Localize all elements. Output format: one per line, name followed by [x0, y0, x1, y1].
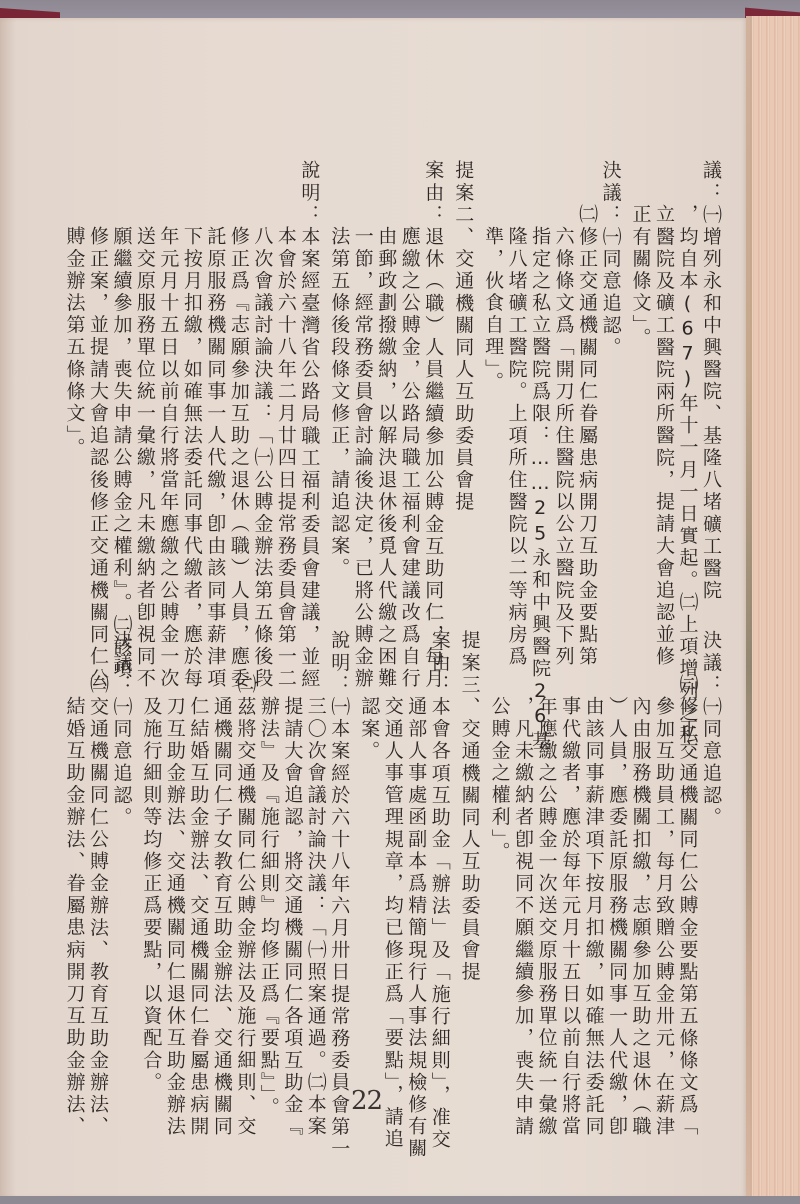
text-column: 隆八堵礦工醫院。上項所住醫院以二等病房爲: [502, 160, 525, 610]
text-column: 提請大會追認，將交通機關同仁各項互助金『: [278, 630, 301, 1050]
text-column: 認案。: [355, 630, 378, 1050]
text-column: 年元月十五日以前自行將當年應繳之公賻金一次: [154, 160, 177, 610]
text-column: 賻金辦法第五條條文」。: [60, 160, 83, 610]
text-column: 刀互助金辦法、交通機關同仁退休互助金辦法: [160, 630, 183, 1050]
text-column: ，均自本(67)年十一月一日實起。㈡上項增列之私: [673, 160, 696, 610]
text-column: 提案三、交通機關同人互助委員會提: [455, 630, 478, 1050]
text-column: 一節，經常務委員會討論後決定，已將公賻金辦: [348, 160, 371, 610]
text-column: 年應繳之公賻金一次送交原服務單位統一彙繳: [532, 630, 555, 1050]
text-column: 修正案，並提請大會追認後修正交通機關同仁公: [83, 160, 106, 610]
text-column: 決議：㈠同意追認。: [697, 630, 720, 1050]
text-column: 託原服務機關同事一人代繳，卽由該同事薪津項: [201, 160, 224, 610]
page-number: 22: [351, 1086, 382, 1116]
text-column: 仁結婚互助金辦法、交通機關同仁眷屬患病開: [184, 630, 207, 1050]
text-column: ㈡茲將交通機關同仁公賻金辦法及施行細則、交: [231, 630, 254, 1050]
text-column: 及施行細則等均修正爲要點，以資配合。: [137, 630, 160, 1050]
text-column: 法第五條後段條文修正，請追認案。: [325, 160, 348, 610]
text-column: 由該同事薪津項下按月扣繳，如確無法委託同: [579, 630, 602, 1050]
text-column: ㈡交通機關同仁公賻金辦法、教育互助金辦法、: [83, 630, 106, 1050]
text-column: 案由：本會各項互助金「辦法」及「施行細則」，准交: [425, 630, 448, 1050]
text-column: 議：㈠增列永和中興醫院、基隆八堵礦工醫院: [697, 160, 720, 610]
text-column: 應繳之公賻金，公路局職工福利會建議改爲自行: [395, 160, 418, 610]
top-text-block: 議：㈠增列永和中興醫院、基隆八堵礦工醫院，均自本(67)年十一月一日實起。㈡上項…: [60, 160, 720, 610]
text-column: 內由服務機關扣繳，志願參加互助之退休（職: [626, 630, 649, 1050]
text-column: 結婚互助金辦法、眷屬患病開刀互助金辦法、: [60, 630, 83, 1050]
text-column: 立醫院及礦工醫院兩所醫院，提請大會追認並修: [650, 160, 673, 610]
text-column: 送交原服務單位統一彙繳，凡未繳納者卽視同不: [130, 160, 153, 610]
text-column: 案由：退休（職）人員繼續參加公賻金互助同仁，每月: [419, 160, 442, 610]
page-text-area: 議：㈠增列永和中興醫院、基隆八堵礦工醫院，均自本(67)年十一月一日實起。㈡上項…: [60, 140, 720, 1060]
text-column: 下按月扣繳，如確無法委託同事代繳者，應於每: [177, 160, 200, 610]
text-column: ㈡修正交通機關同仁眷屬患病開刀互助金要點第: [573, 160, 596, 610]
text-column: 由郵政劃撥繳納，以解決退休後覓人代繳之困難: [372, 160, 395, 610]
text-column: 三〇次會議討論決議：「㈠照案通過。㈡本案: [301, 630, 324, 1050]
text-column: 說明：㈠本案經於六十八年六月卅日提常務委員會第一: [325, 630, 348, 1050]
page-gutter-shadow: [0, 18, 16, 1198]
page-stack-shadow: [746, 16, 752, 1200]
text-column: ，凡未繳納者卽視同不願繼續參加，喪失申請: [509, 630, 532, 1050]
book-bottom-edge: [0, 1196, 800, 1204]
text-column: 通部人事處函副本爲精簡現行人事法規檢修有關: [402, 630, 425, 1050]
text-column: 願繼續參加，喪失申請公賻金之權利』。㈡該項: [107, 160, 130, 610]
text-column: 事代繳者，應於每年元月十五日以前自行將當: [556, 630, 579, 1050]
text-column: 決議：㈠同意追認。: [596, 160, 619, 610]
text-column: 八次會議討論決議：「㈠公賻金辦法第五條後段: [248, 160, 271, 610]
text-column: 公賻金之權利」。: [485, 630, 508, 1050]
bottom-text-block: 決議：㈠同意追認。㈡修正交通機關同仁公賻金要點第五條條文爲「參加互助員工，每月致…: [60, 630, 720, 1050]
text-column: 準，伙食自理」。: [479, 160, 502, 610]
text-column: 六條條文爲「開刀所住醫院以公立醫院及下列: [549, 160, 572, 610]
text-column: 正有關條文」。: [626, 160, 649, 610]
text-column: 修正爲『志願參加互助之退休（職）人員，應委: [224, 160, 247, 610]
text-column: 提案二、交通機關同人互助委員會提: [449, 160, 472, 610]
text-column: 指定之私立醫院爲限：……25永和中興醫院26基: [526, 160, 549, 610]
text-column: 決議：㈠同意追認。: [107, 630, 130, 1050]
text-column: 說明：本案經臺灣省公路局職工福利委員會建議，並經: [295, 160, 318, 610]
text-column: ㈡修正交通機關同仁公賻金要點第五條條文爲「: [673, 630, 696, 1050]
text-column: 通機關同仁子女教育互助金辦法、交通機關同: [207, 630, 230, 1050]
text-column: 交通人事管理規章，均已修正爲「要點」，請追: [378, 630, 401, 1050]
text-column: 辦法』及『施行細則』均修正爲『要點』」。: [254, 630, 277, 1050]
text-column: 本會於六十八年二月廿四日提常務委員會第一二: [271, 160, 294, 610]
text-column: ）人員，應委託原服務機關同事一人代繳，卽: [603, 630, 626, 1050]
page-stack-edges: [746, 16, 800, 1200]
text-column: 參加互助員工，每月致贈公賻金卅元，在薪津: [650, 630, 673, 1050]
